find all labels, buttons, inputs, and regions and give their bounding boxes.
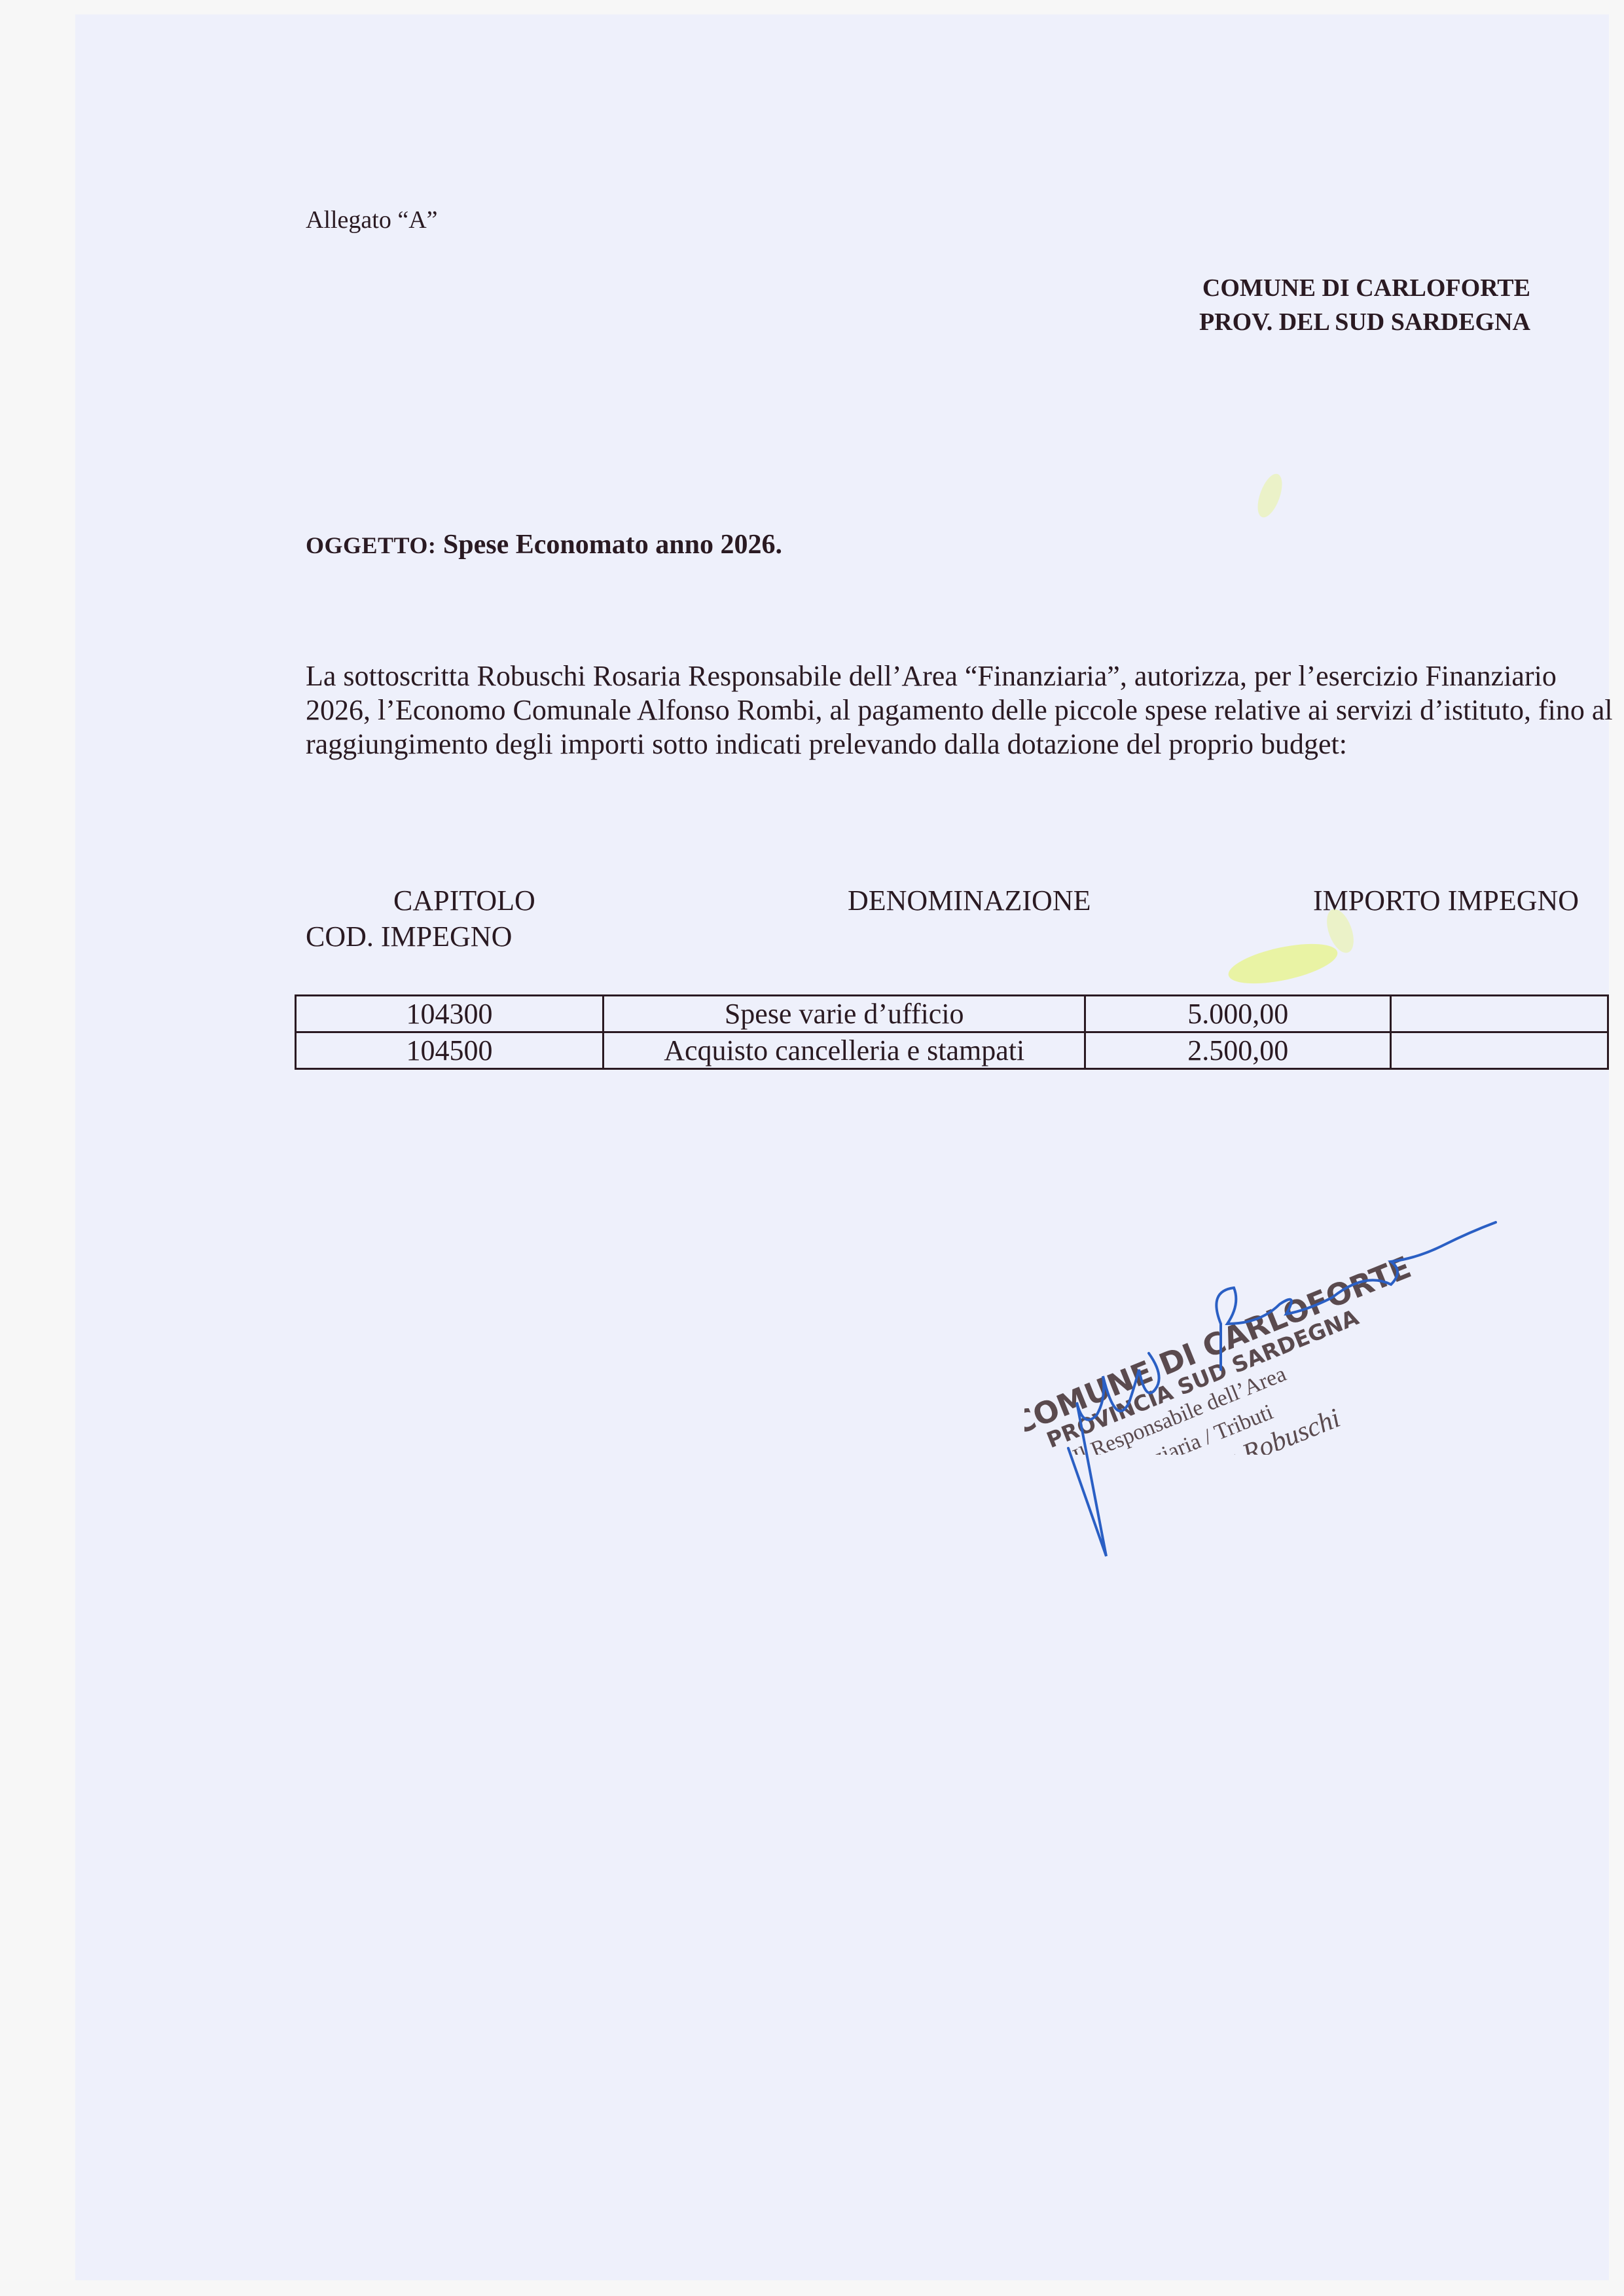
province-name: PROV. DEL SUD SARDEGNA — [1199, 305, 1530, 339]
body-paragraph: La sottoscritta Robuschi Rosaria Respons… — [306, 659, 1621, 761]
budget-table: 104300 Spese varie d’ufficio 5.000,00 10… — [295, 994, 1609, 1070]
subject-text: Spese Economato anno 2026. — [443, 530, 782, 560]
highlighter-smudge — [1253, 471, 1287, 520]
annex-label: Allegato “A” — [306, 206, 438, 234]
cell-denominazione: Acquisto cancelleria e stampati — [603, 1032, 1085, 1069]
header-denominazione: DENOMINAZIONE — [848, 884, 1091, 917]
header-cod-impegno: COD. IMPEGNO — [306, 920, 512, 953]
handwritten-signature — [1024, 1127, 1548, 1586]
cell-capitolo: 104500 — [296, 1032, 604, 1069]
highlighter-smudge — [1225, 936, 1341, 991]
header-capitolo: CAPITOLO — [393, 884, 535, 917]
municipality-header: COMUNE DI CARLOFORTE PROV. DEL SUD SARDE… — [1199, 271, 1530, 339]
table-row: 104300 Spese varie d’ufficio 5.000,00 — [296, 996, 1608, 1032]
subject-line: OGGETTO: Spese Economato anno 2026. — [306, 529, 782, 560]
cell-denominazione: Spese varie d’ufficio — [603, 996, 1085, 1032]
header-importo-impegno: IMPORTO IMPEGNO — [1313, 884, 1579, 917]
cell-cod-impegno — [1390, 1032, 1608, 1069]
cell-capitolo: 104300 — [296, 996, 604, 1032]
municipality-name: COMUNE DI CARLOFORTE — [1199, 271, 1530, 305]
subject-label: OGGETTO: — [306, 532, 436, 558]
cell-importo: 2.500,00 — [1085, 1032, 1390, 1069]
document-page: Allegato “A” COMUNE DI CARLOFORTE PROV. … — [75, 14, 1609, 2280]
cell-importo: 5.000,00 — [1085, 996, 1390, 1032]
cell-cod-impegno — [1390, 996, 1608, 1032]
table-row: 104500 Acquisto cancelleria e stampati 2… — [296, 1032, 1608, 1069]
